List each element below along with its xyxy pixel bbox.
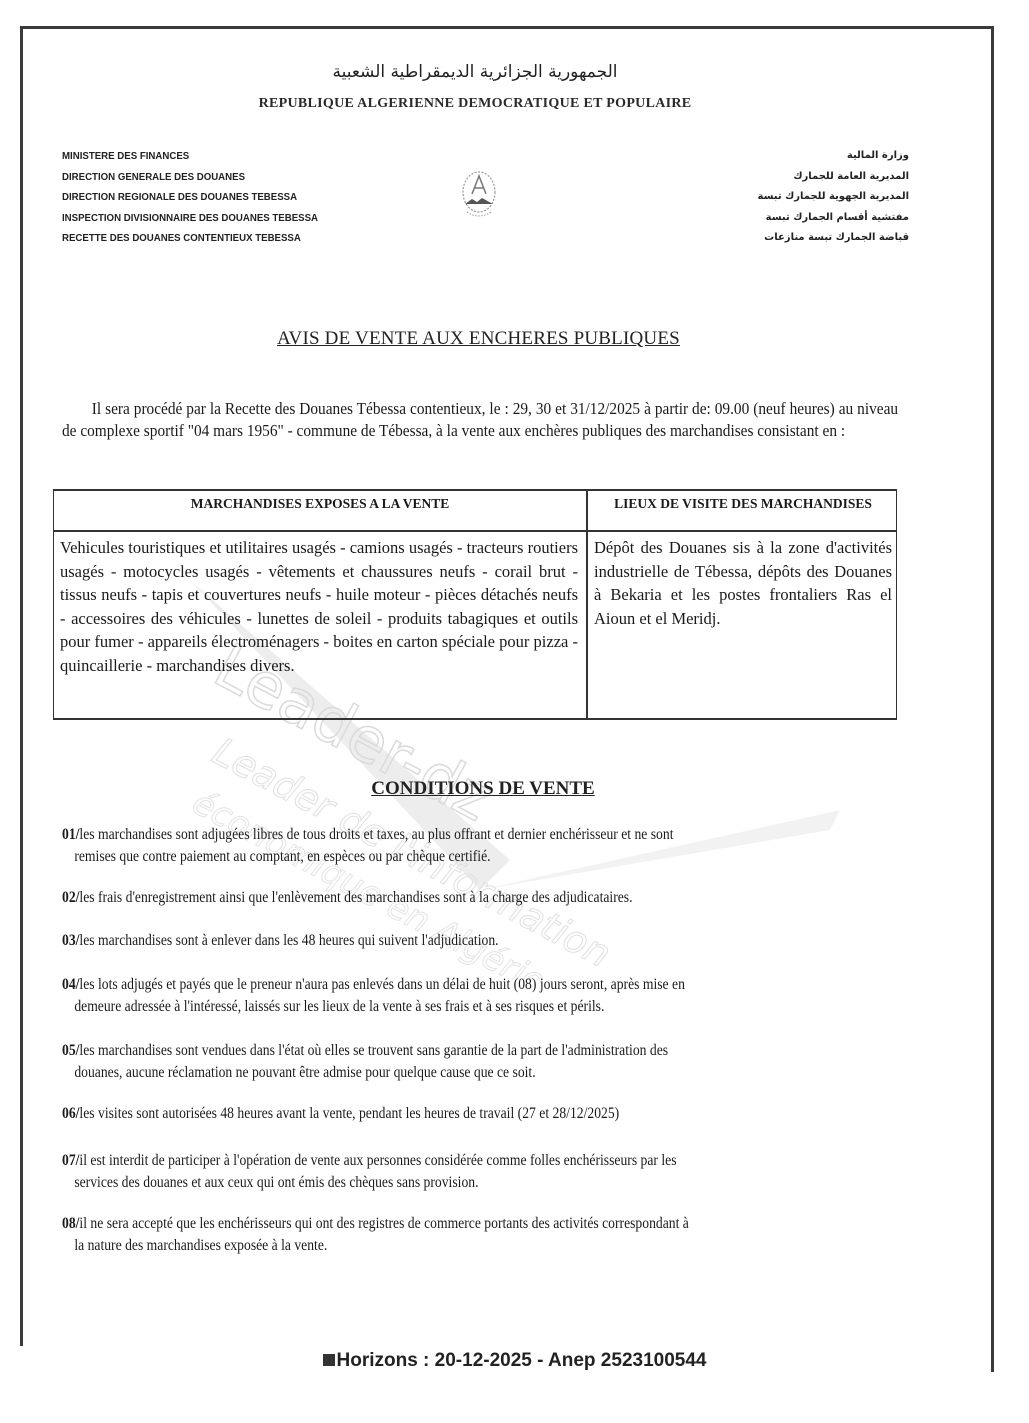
- condition-number: 04/: [62, 976, 79, 993]
- org-line: DIRECTION REGIONALE DES DOUANES TEBESSA: [62, 187, 318, 208]
- condition-item: 04/les lots adjugés et payés que le pren…: [62, 974, 902, 1018]
- org-line-ar: المديرية العامة للجمارك: [758, 167, 909, 188]
- conditions-title: CONDITIONS DE VENTE: [0, 778, 966, 800]
- notice-title: AVIS DE VENTE AUX ENCHERES PUBLIQUES: [0, 328, 957, 350]
- condition-number: 03/: [62, 932, 79, 949]
- org-line-ar: المديرية الجهوية للجمارك تبسة: [758, 187, 909, 208]
- notice-intro: Il sera procédé par la Recette des Douan…: [62, 398, 898, 441]
- table-header-divider: [54, 530, 896, 532]
- organization-arabic: وزارة المالية المديرية العامة للجمارك ال…: [758, 146, 909, 249]
- organization-french: MINISTERE DES FINANCES DIRECTION GENERAL…: [62, 146, 340, 249]
- condition-item: 07/il est interdit de participer à l'opé…: [62, 1150, 902, 1194]
- org-line: INSPECTION DIVISIONNAIRE DES DOUANES TEB…: [62, 208, 318, 229]
- table-cell-goods: Vehicules touristiques et utilitaires us…: [60, 536, 578, 677]
- org-line-ar: وزارة المالية: [758, 146, 909, 167]
- org-line: RECETTE DES DOUANES CONTENTIEUX TEBESSA: [62, 228, 318, 249]
- org-line-ar: قباضة الجمارك تبسة منازعات: [758, 228, 909, 249]
- square-bullet-icon: [323, 1354, 335, 1366]
- table-cell-locations: Dépôt des Douanes sis à la zone d'activi…: [594, 536, 892, 630]
- condition-number: 01/: [62, 826, 79, 843]
- condition-item: 06/les visites sont autorisées 48 heures…: [62, 1103, 902, 1125]
- condition-item: 08/il ne sera accepté que les enchérisse…: [62, 1213, 902, 1257]
- page-frame-top: [20, 26, 993, 29]
- org-line: DIRECTION GENERALE DES DOUANES: [62, 167, 318, 188]
- table-header-locations: LIEUX DE VISITE DES MARCHANDISES: [588, 496, 898, 512]
- condition-item: 02/les frais d'enregistrement ainsi que …: [62, 887, 902, 909]
- publication-reference: Horizons : 20-12-2025 - Anep 2523100544: [337, 1350, 707, 1371]
- header-french-title: REPUBLIQUE ALGERIENNE DEMOCRATIQUE ET PO…: [225, 96, 725, 112]
- condition-number: 02/: [62, 889, 79, 906]
- table-header-goods: MARCHANDISES EXPOSES A LA VENTE: [54, 496, 586, 512]
- table-column-divider: [586, 491, 588, 718]
- condition-number: 08/: [62, 1215, 79, 1232]
- condition-item: 03/les marchandises sont à enlever dans …: [62, 930, 902, 952]
- condition-item: 05/les marchandises sont vendues dans l'…: [62, 1040, 902, 1084]
- page-frame-left: [20, 26, 23, 1346]
- goods-table: MARCHANDISES EXPOSES A LA VENTE LIEUX DE…: [53, 489, 897, 720]
- publication-footer: Horizons : 20-12-2025 - Anep 2523100544: [0, 1350, 1029, 1372]
- condition-number: 07/: [62, 1152, 79, 1169]
- condition-number: 05/: [62, 1042, 79, 1059]
- customs-emblem-icon: [458, 168, 500, 228]
- condition-number: 06/: [62, 1105, 79, 1122]
- page-frame-right: [991, 26, 994, 1372]
- org-line: MINISTERE DES FINANCES: [62, 146, 318, 167]
- condition-item: 01/les marchandises sont adjugées libres…: [62, 824, 902, 868]
- org-line-ar: مفتشية أقسام الجمارك تبسة: [758, 208, 909, 229]
- header-arabic-title: الجمهورية الجزائرية الديمقراطية الشعبية: [230, 62, 720, 82]
